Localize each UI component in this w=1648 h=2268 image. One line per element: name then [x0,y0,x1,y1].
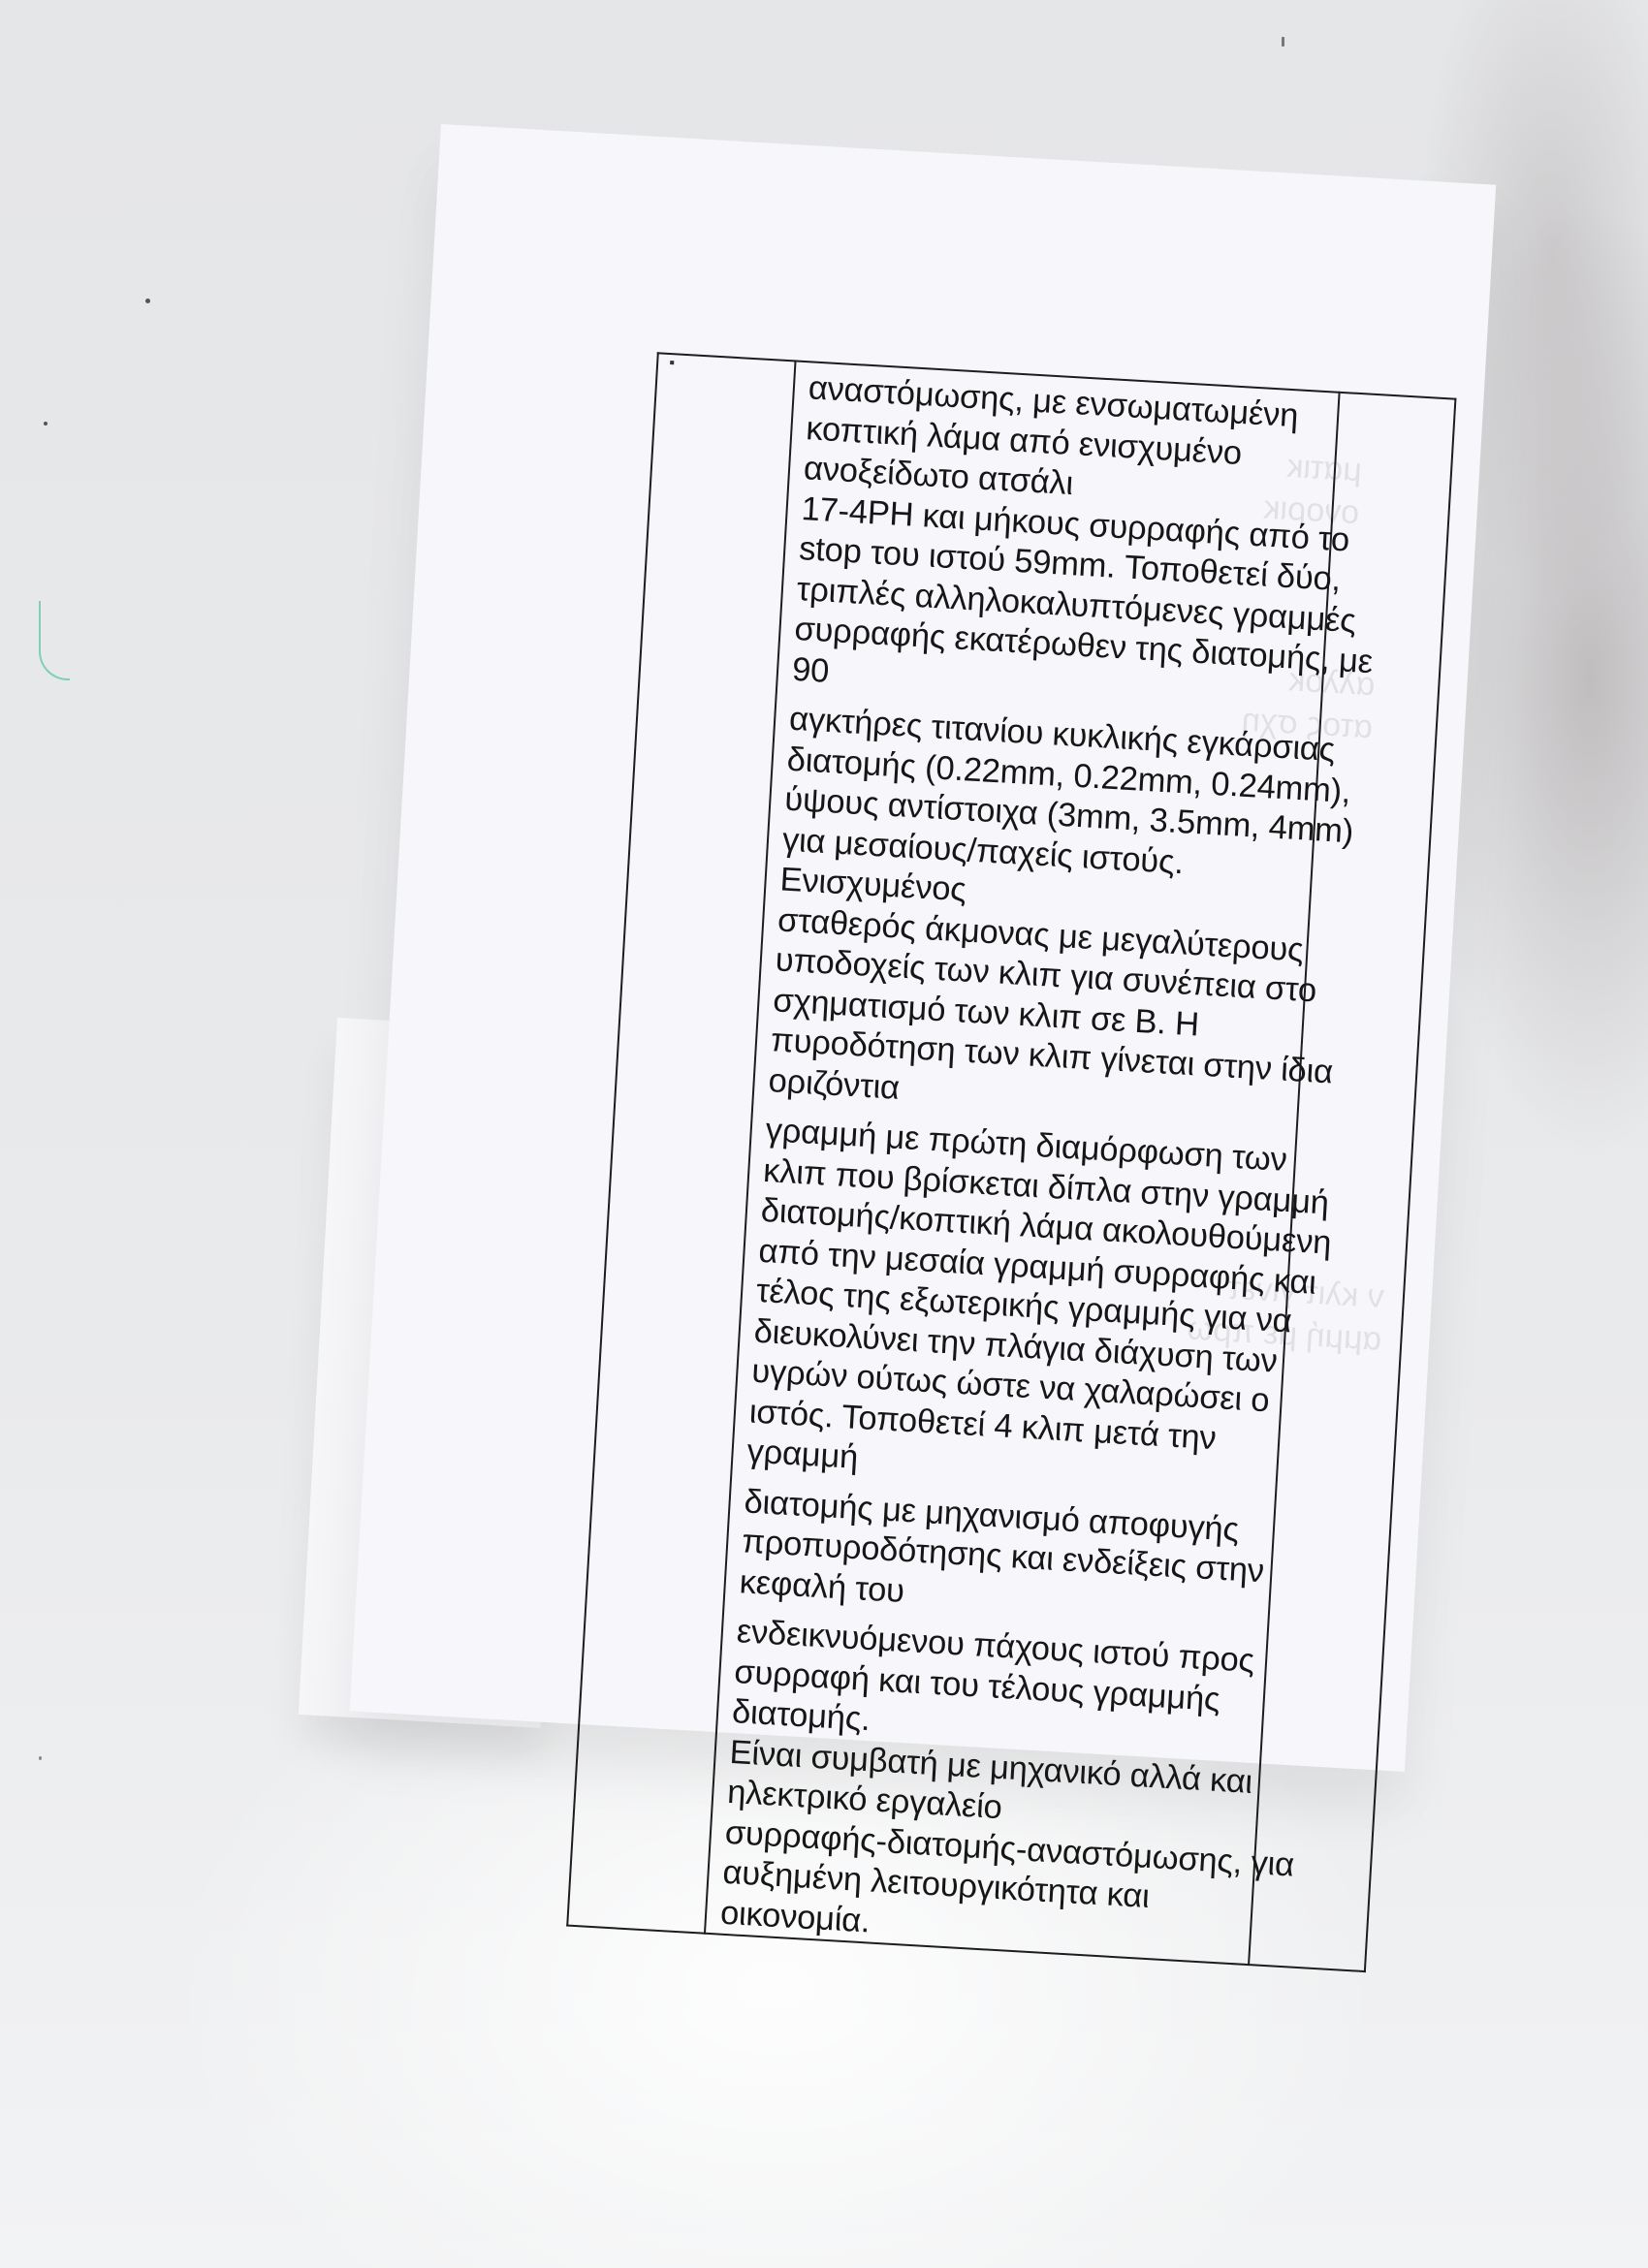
document-page: ματικ ονορικ αλλοκ ατος σχη ν κλιτ γινετ… [350,124,1497,1772]
ink-mark [39,601,70,680]
dust-speck [39,1756,42,1760]
table-cell-description: αναστόμωσης, με ενσωματωμένηκοπτική λάμα… [705,361,1340,1965]
dust-speck [44,422,48,425]
specification-table: αναστόμωσης, με ενσωματωμένηκοπτική λάμα… [566,352,1456,1972]
dust-speck [1282,37,1284,47]
dust-speck [145,299,150,303]
table-row: αναστόμωσης, με ενσωματωμένηκοπτική λάμα… [567,353,1455,1971]
description-text: αναστόμωσης, με ενσωματωμένηκοπτική λάμα… [706,362,1338,1965]
